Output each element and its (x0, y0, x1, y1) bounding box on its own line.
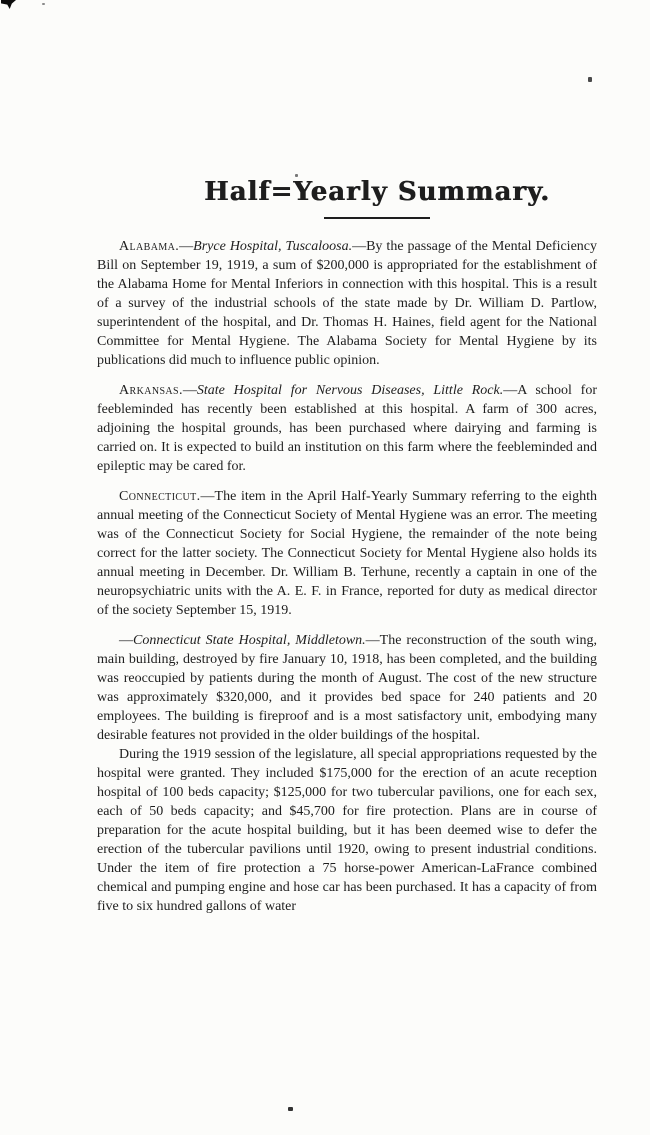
paragraph-text: State Hospital for Nervous Diseases, Lit… (197, 383, 503, 398)
summary-entry-arkansas: Arkansas.—State Hospital for Nervous Dis… (97, 381, 597, 476)
paragraph-text: —The reconstruction of the south wing, m… (97, 633, 597, 743)
state-name: Arkansas. (119, 383, 183, 398)
paragraph-text: — (179, 239, 193, 254)
ink-speck (42, 3, 45, 5)
document-page: Half=Yearly Summary. Alabama.—Bryce Hosp… (0, 0, 650, 1135)
paragraph-text: —By the passage of the Mental Deficiency… (97, 239, 597, 368)
summary-entry-alabama: Alabama.—Bryce Hospital, Tuscaloosa.—By … (97, 237, 597, 370)
title-block: Half=Yearly Summary. (127, 0, 627, 219)
title-rule (324, 217, 430, 219)
paragraph-text: Connecticut State Hospital, Middletown. (133, 633, 366, 648)
paragraph: —Connecticut State Hospital, Middletown.… (97, 631, 597, 745)
ink-speck (588, 77, 592, 82)
ink-blot-mark (1, 0, 16, 9)
summary-entry-connecticut-state-hospital-middletown: —Connecticut State Hospital, Middletown.… (97, 631, 597, 916)
summary-entry-connecticut: Connecticut.—The item in the April Half-… (97, 487, 597, 620)
state-name: Alabama. (119, 239, 179, 254)
page-title: Half=Yearly Summary. (127, 178, 627, 206)
ink-speck (295, 174, 298, 177)
paragraph: Alabama.—Bryce Hospital, Tuscaloosa.—By … (97, 237, 597, 370)
ink-speck (288, 1107, 293, 1111)
paragraph-text: During the 1919 session of the legislatu… (97, 747, 597, 914)
paragraph-text: — (119, 633, 133, 648)
paragraph-text: Bryce Hospital, Tuscaloosa. (193, 239, 352, 254)
paragraph: During the 1919 session of the legislatu… (97, 745, 597, 916)
paragraph-text: —The item in the April Half-Yearly Summa… (97, 489, 597, 618)
paragraph: Arkansas.—State Hospital for Nervous Dis… (97, 381, 597, 476)
paragraph-text: — (183, 383, 197, 398)
paragraph: Connecticut.—The item in the April Half-… (97, 487, 597, 620)
summary-entries: Alabama.—Bryce Hospital, Tuscaloosa.—By … (97, 237, 597, 916)
state-name: Connecticut. (119, 489, 201, 504)
